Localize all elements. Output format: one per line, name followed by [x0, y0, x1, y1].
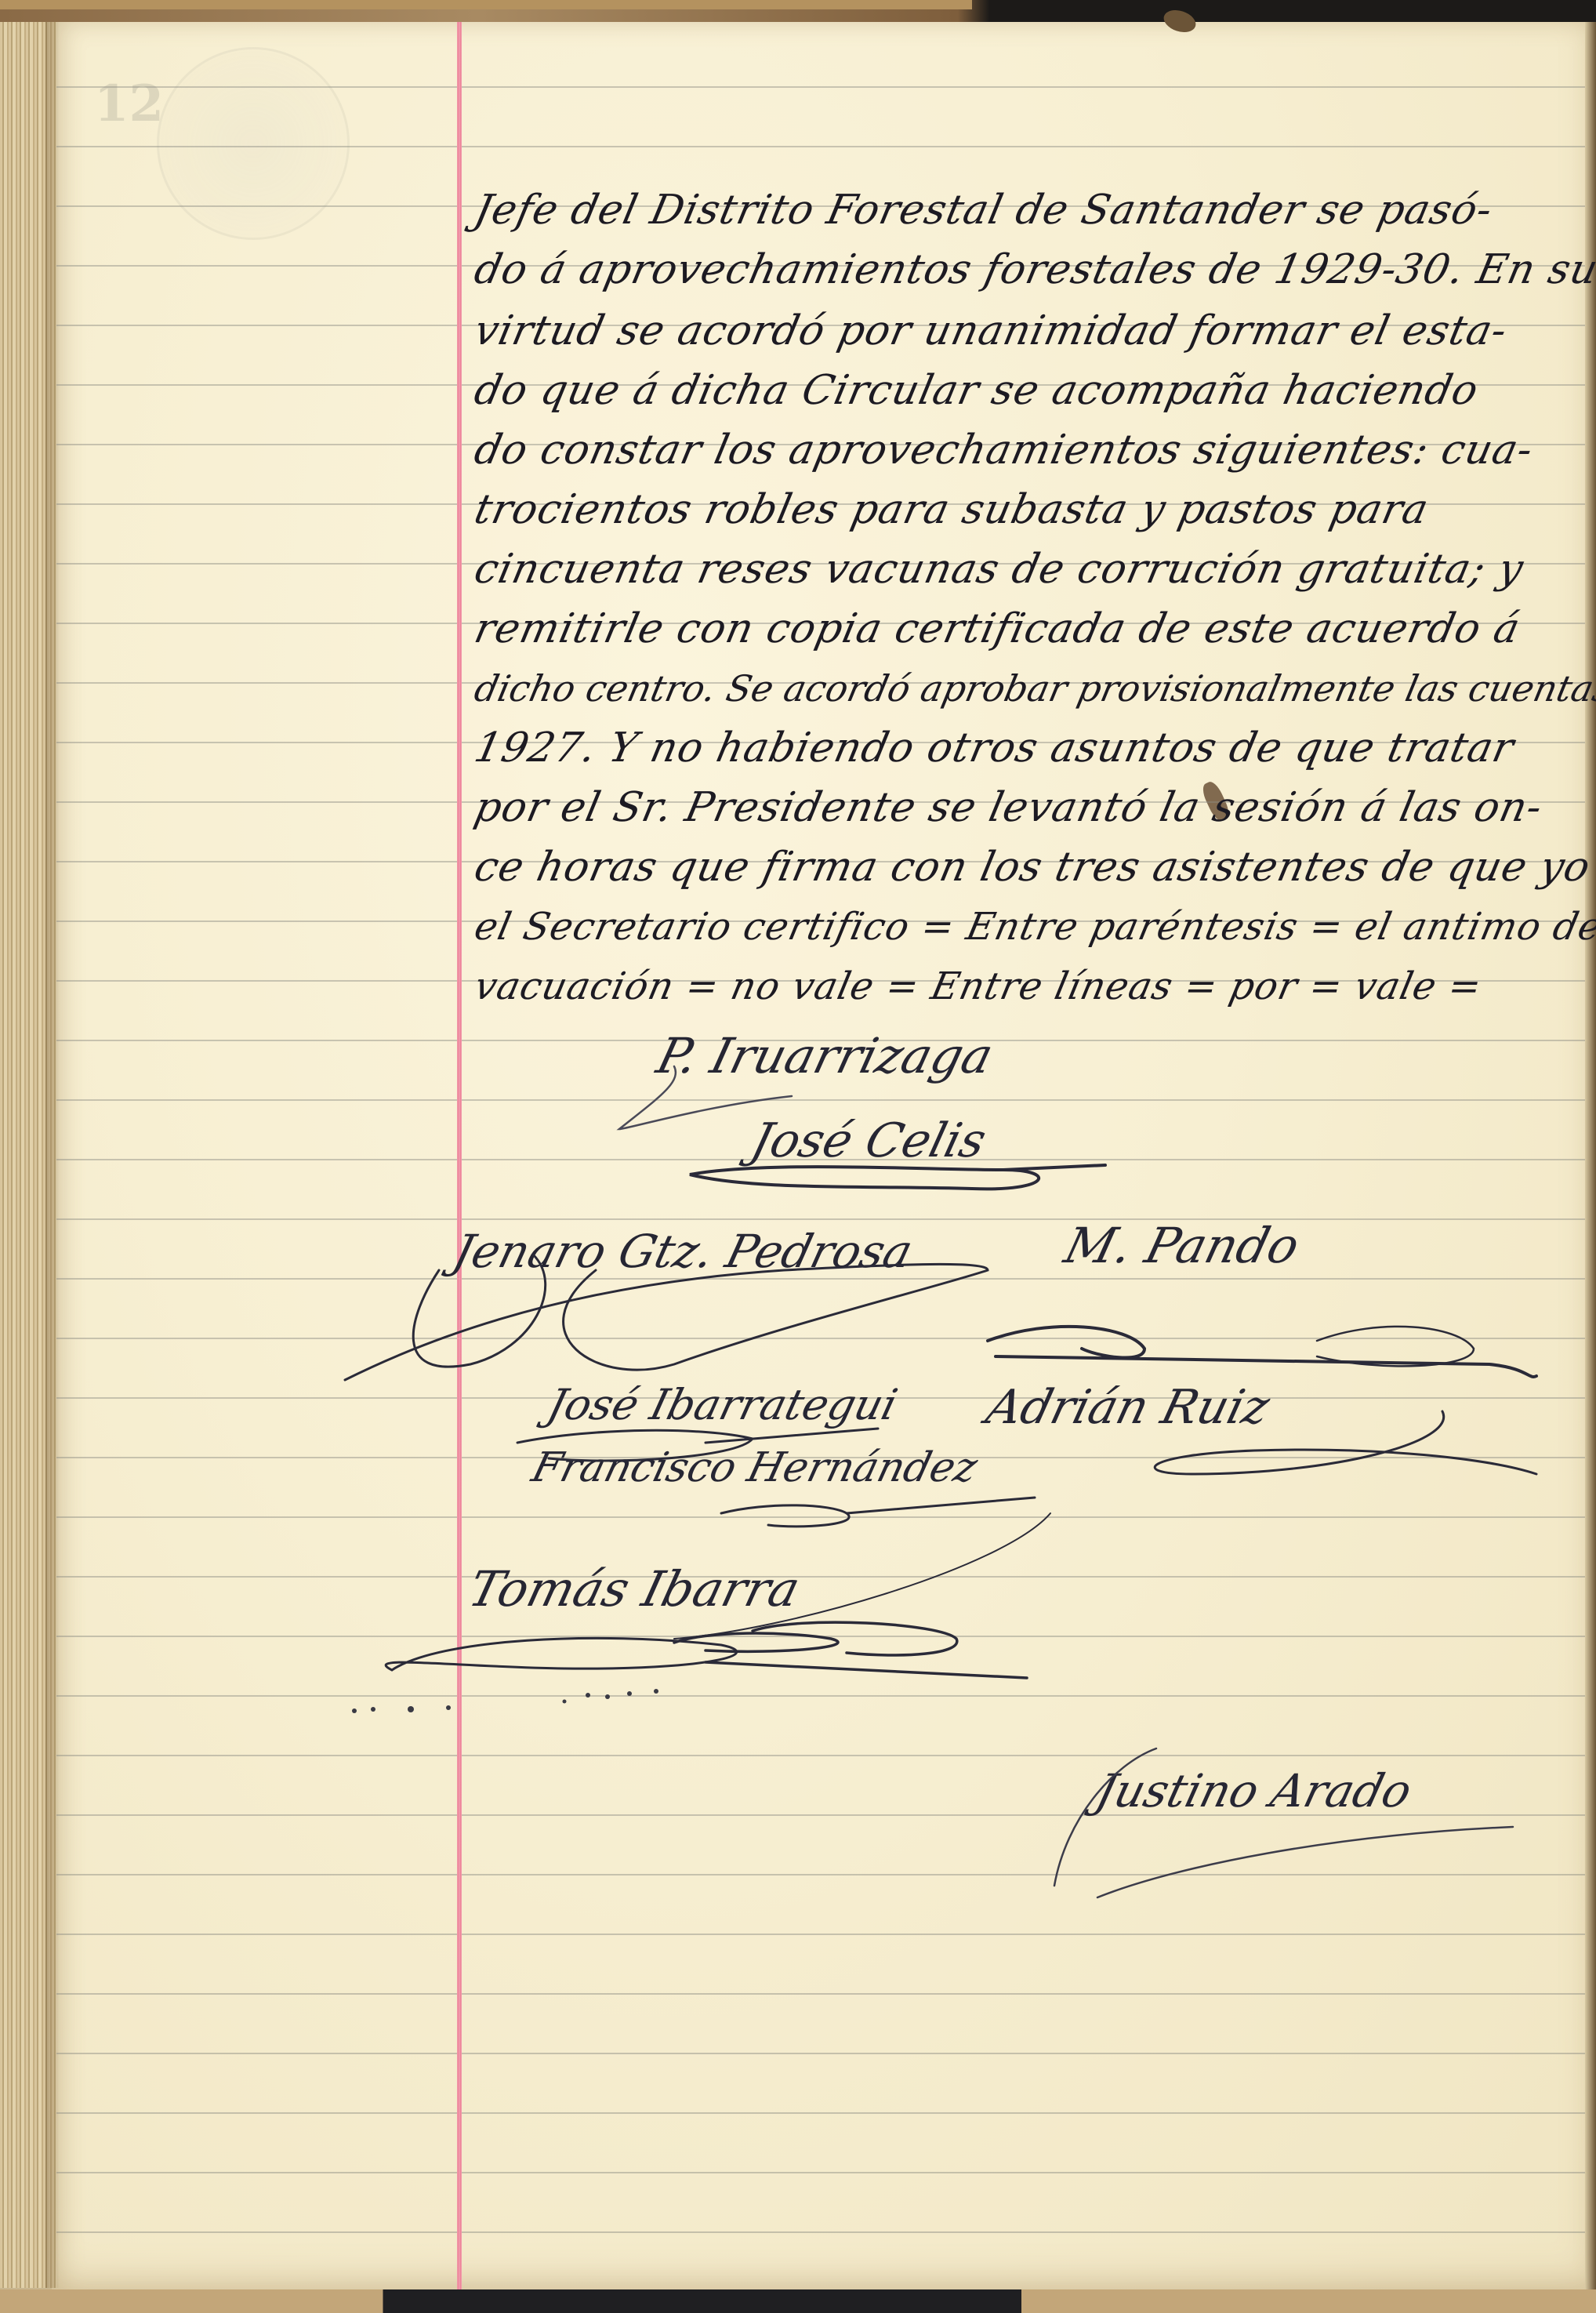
signature-flourishes: [0, 0, 1596, 2313]
